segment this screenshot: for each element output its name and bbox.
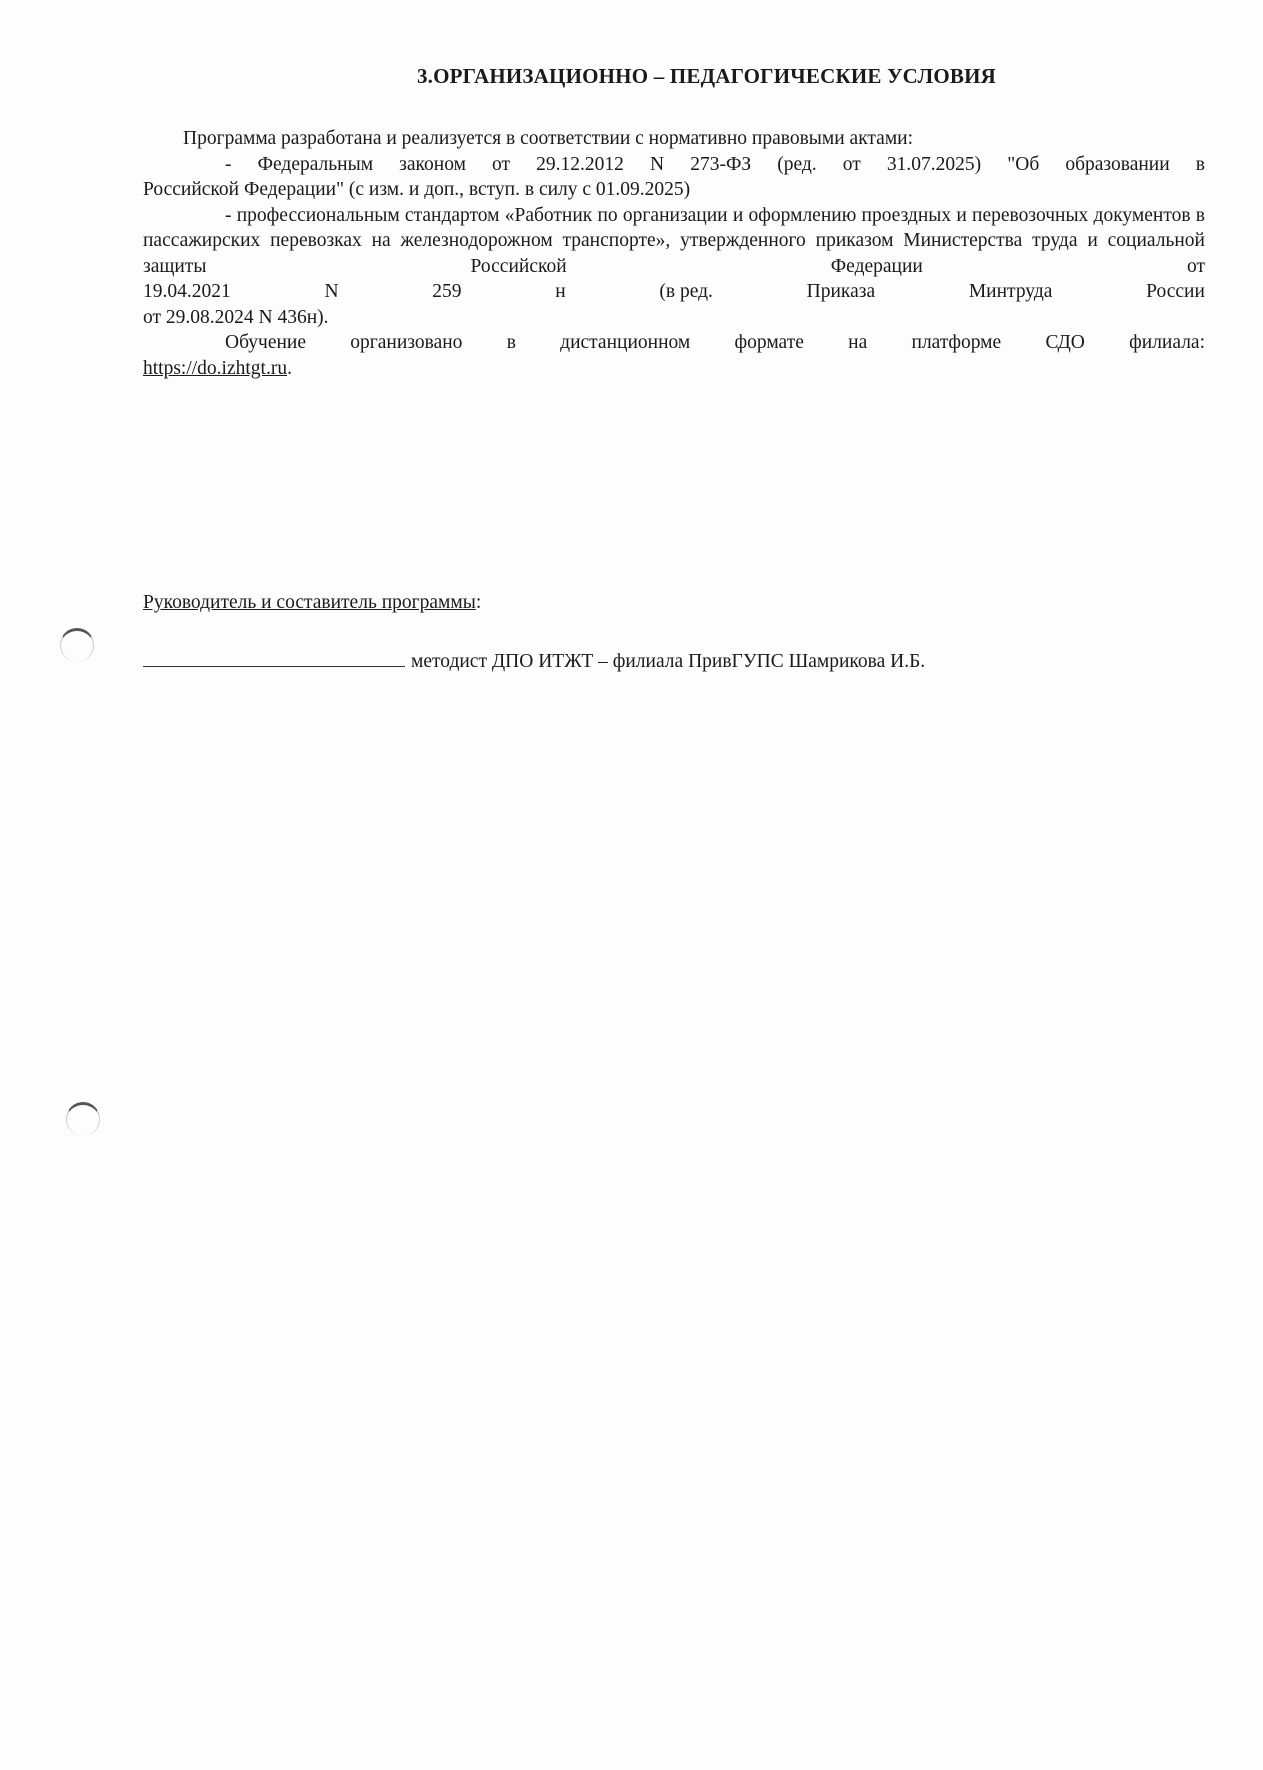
order-token: Приказа xyxy=(807,279,875,305)
page-title: 3.ОРГАНИЗАЦИОННО – ПЕДАГОГИЧЕСКИЕ УСЛОВИ… xyxy=(0,64,1263,89)
date-token: 19.04.2021 xyxy=(143,279,231,305)
signature-line: методист ДПО ИТЖТ – филиала ПривГУПС Шам… xyxy=(143,648,925,673)
standard-item-last-line: от 29.08.2024 N 436н). xyxy=(143,305,1205,331)
suffix-token: н xyxy=(555,279,565,305)
document-body: Программа разработана и реализуется в со… xyxy=(143,126,1205,381)
signature-heading-text: Руководитель и составитель программы xyxy=(143,592,476,613)
training-paragraph: Обучение организовано в дистанционном фо… xyxy=(143,330,1205,356)
punch-hole-mark xyxy=(66,1102,100,1136)
law-item-line1: - Федеральным законом от 29.12.2012 N 27… xyxy=(143,152,1205,178)
standard-item: - профессиональным стандартом «Работник … xyxy=(143,203,1205,280)
ministry-token: Минтруда xyxy=(969,279,1053,305)
signature-heading: Руководитель и составитель программы: xyxy=(143,592,481,614)
revision-token: (в ред. xyxy=(659,279,713,305)
link-suffix: . xyxy=(287,358,292,379)
country-token: России xyxy=(1146,279,1205,305)
law-item-line2: Российской Федерации" (с изм. и доп., вс… xyxy=(143,177,1205,203)
signature-blank xyxy=(143,648,405,667)
punch-hole-mark xyxy=(60,628,94,662)
number-sign-token: N xyxy=(324,279,338,305)
training-link-line: https://do.izhtgt.ru. xyxy=(143,356,1205,382)
standard-item-dates: 19.04.2021 N 259 н (в ред. Приказа Минтр… xyxy=(143,279,1205,305)
platform-link[interactable]: https://do.izhtgt.ru xyxy=(143,358,287,379)
signature-heading-colon: : xyxy=(476,592,481,613)
number-token: 259 xyxy=(432,279,461,305)
intro-paragraph: Программа разработана и реализуется в со… xyxy=(143,126,1205,152)
signature-text: методист ДПО ИТЖТ – филиала ПривГУПС Шам… xyxy=(411,651,925,673)
